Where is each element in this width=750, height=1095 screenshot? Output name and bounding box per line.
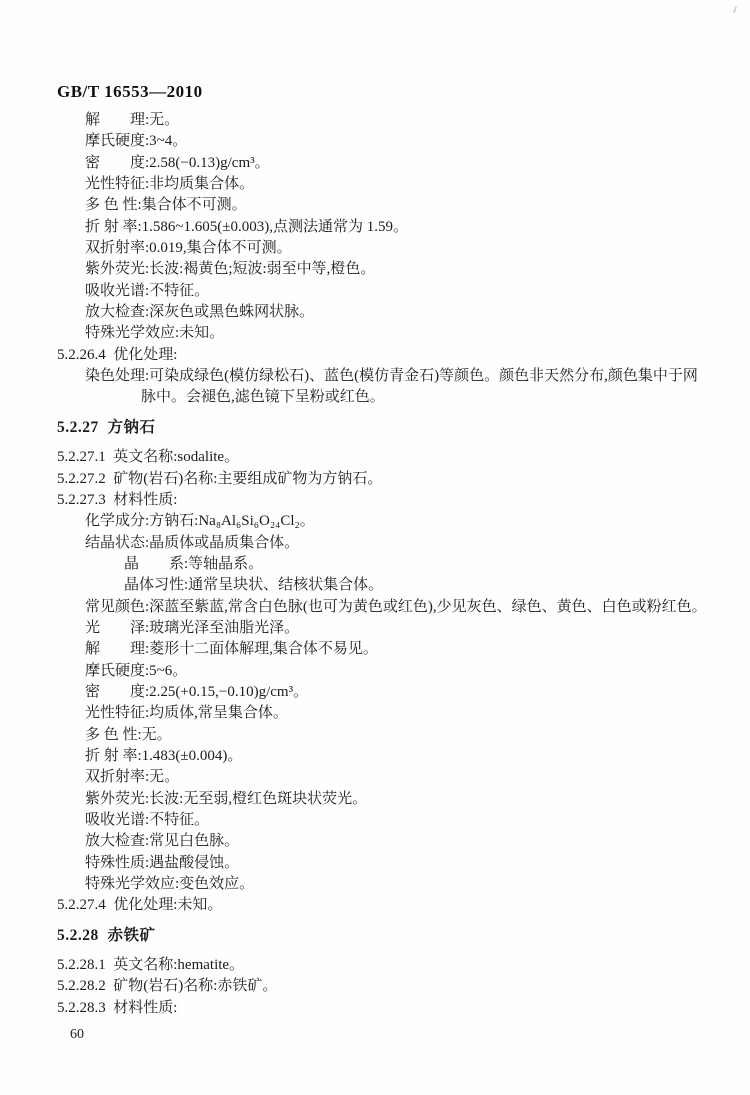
doc-line: 5.2.28.2 矿物(岩石)名称:赤铁矿。 bbox=[57, 976, 714, 997]
doc-line: 密 度:2.25(+0.15,−0.10)g/cm³。 bbox=[85, 682, 714, 703]
doc-line: 5.2.27.2 矿物(岩石)名称:主要组成矿物为方钠石。 bbox=[57, 469, 714, 490]
doc-line: 特殊光学效应:未知。 bbox=[85, 323, 714, 344]
doc-line: 双折射率:0.019,集合体不可测。 bbox=[85, 238, 714, 259]
doc-line: 常见颜色:深蓝至紫蓝,常含白色脉(也可为黄色或红色),少见灰色、绿色、黄色、白色… bbox=[85, 597, 714, 618]
doc-line: 解 理:无。 bbox=[85, 110, 714, 131]
doc-line: 特殊性质:遇盐酸侵蚀。 bbox=[85, 853, 714, 874]
doc-line: 化学成分:方钠石:Na₈Al₆Si₆O₂₄Cl₂。 bbox=[85, 511, 714, 532]
doc-line: 折 射 率:1.586~1.605(±0.003),点测法通常为 1.59。 bbox=[85, 217, 714, 238]
doc-line: 吸收光谱:不特征。 bbox=[85, 810, 714, 831]
doc-line: 解 理:菱形十二面体解理,集合体不易见。 bbox=[85, 639, 714, 660]
doc-line: 染色处理:可染成绿色(模仿绿松石)、蓝色(模仿青金石)等颜色。颜色非天然分布,颜… bbox=[85, 366, 714, 387]
doc-line: 吸收光谱:不特征。 bbox=[85, 281, 714, 302]
doc-line: 5.2.27.4 优化处理:未知。 bbox=[57, 895, 714, 916]
doc-line: 紫外荧光:长波:无至弱,橙红色斑块状荧光。 bbox=[85, 789, 714, 810]
doc-line: 摩氏硬度:3~4。 bbox=[85, 131, 714, 152]
doc-line: 结晶状态:晶质体或晶质集合体。 bbox=[85, 533, 714, 554]
standard-number-header: GB/T 16553—2010 bbox=[57, 82, 203, 102]
doc-line: 光性特征:非均质集合体。 bbox=[85, 174, 714, 195]
doc-line: 5.2.27.1 英文名称:sodalite。 bbox=[57, 447, 714, 468]
section-heading: 5.2.27 方钠石 bbox=[57, 417, 714, 438]
doc-line: 5.2.28.3 材料性质: bbox=[57, 998, 714, 1019]
doc-line: 摩氏硬度:5~6。 bbox=[85, 661, 714, 682]
doc-line: 折 射 率:1.483(±0.004)。 bbox=[85, 746, 714, 767]
doc-line: 5.2.26.4 优化处理: bbox=[57, 345, 714, 366]
doc-line: 晶体习性:通常呈块状、结核状集合体。 bbox=[124, 575, 714, 596]
doc-line: 光性特征:均质体,常呈集合体。 bbox=[85, 703, 714, 724]
doc-line: 5.2.28.1 英文名称:hematite。 bbox=[57, 955, 714, 976]
doc-line: 放大检查:常见白色脉。 bbox=[85, 831, 714, 852]
section-heading: 5.2.28 赤铁矿 bbox=[57, 925, 714, 946]
doc-lines: 解 理:无。摩氏硬度:3~4。密 度:2.58(−0.13)g/cm³。光性特征… bbox=[57, 110, 714, 1045]
document-page: GB/T 16553—2010 解 理:无。摩氏硬度:3~4。密 度:2.58(… bbox=[0, 0, 750, 1095]
doc-line: 脉中。会褪色,滤色镜下呈粉或红色。 bbox=[141, 387, 714, 408]
doc-line: 密 度:2.58(−0.13)g/cm³。 bbox=[85, 153, 714, 174]
doc-line: 多 色 性:无。 bbox=[85, 725, 714, 746]
doc-line: 多 色 性:集合体不可测。 bbox=[85, 195, 714, 216]
doc-line: 5.2.27.3 材料性质: bbox=[57, 490, 714, 511]
doc-line: 放大检查:深灰色或黑色蛛网状脉。 bbox=[85, 302, 714, 323]
doc-line: 晶 系:等轴晶系。 bbox=[124, 554, 714, 575]
page-number: 60 bbox=[70, 1024, 714, 1045]
doc-line: 紫外荧光:长波:褐黄色;短波:弱至中等,橙色。 bbox=[85, 259, 714, 280]
doc-line: 特殊光学效应:变色效应。 bbox=[85, 874, 714, 895]
doc-line: 光 泽:玻璃光泽至油脂光泽。 bbox=[85, 618, 714, 639]
scan-artifact bbox=[733, 6, 737, 13]
doc-line: 双折射率:无。 bbox=[85, 767, 714, 788]
